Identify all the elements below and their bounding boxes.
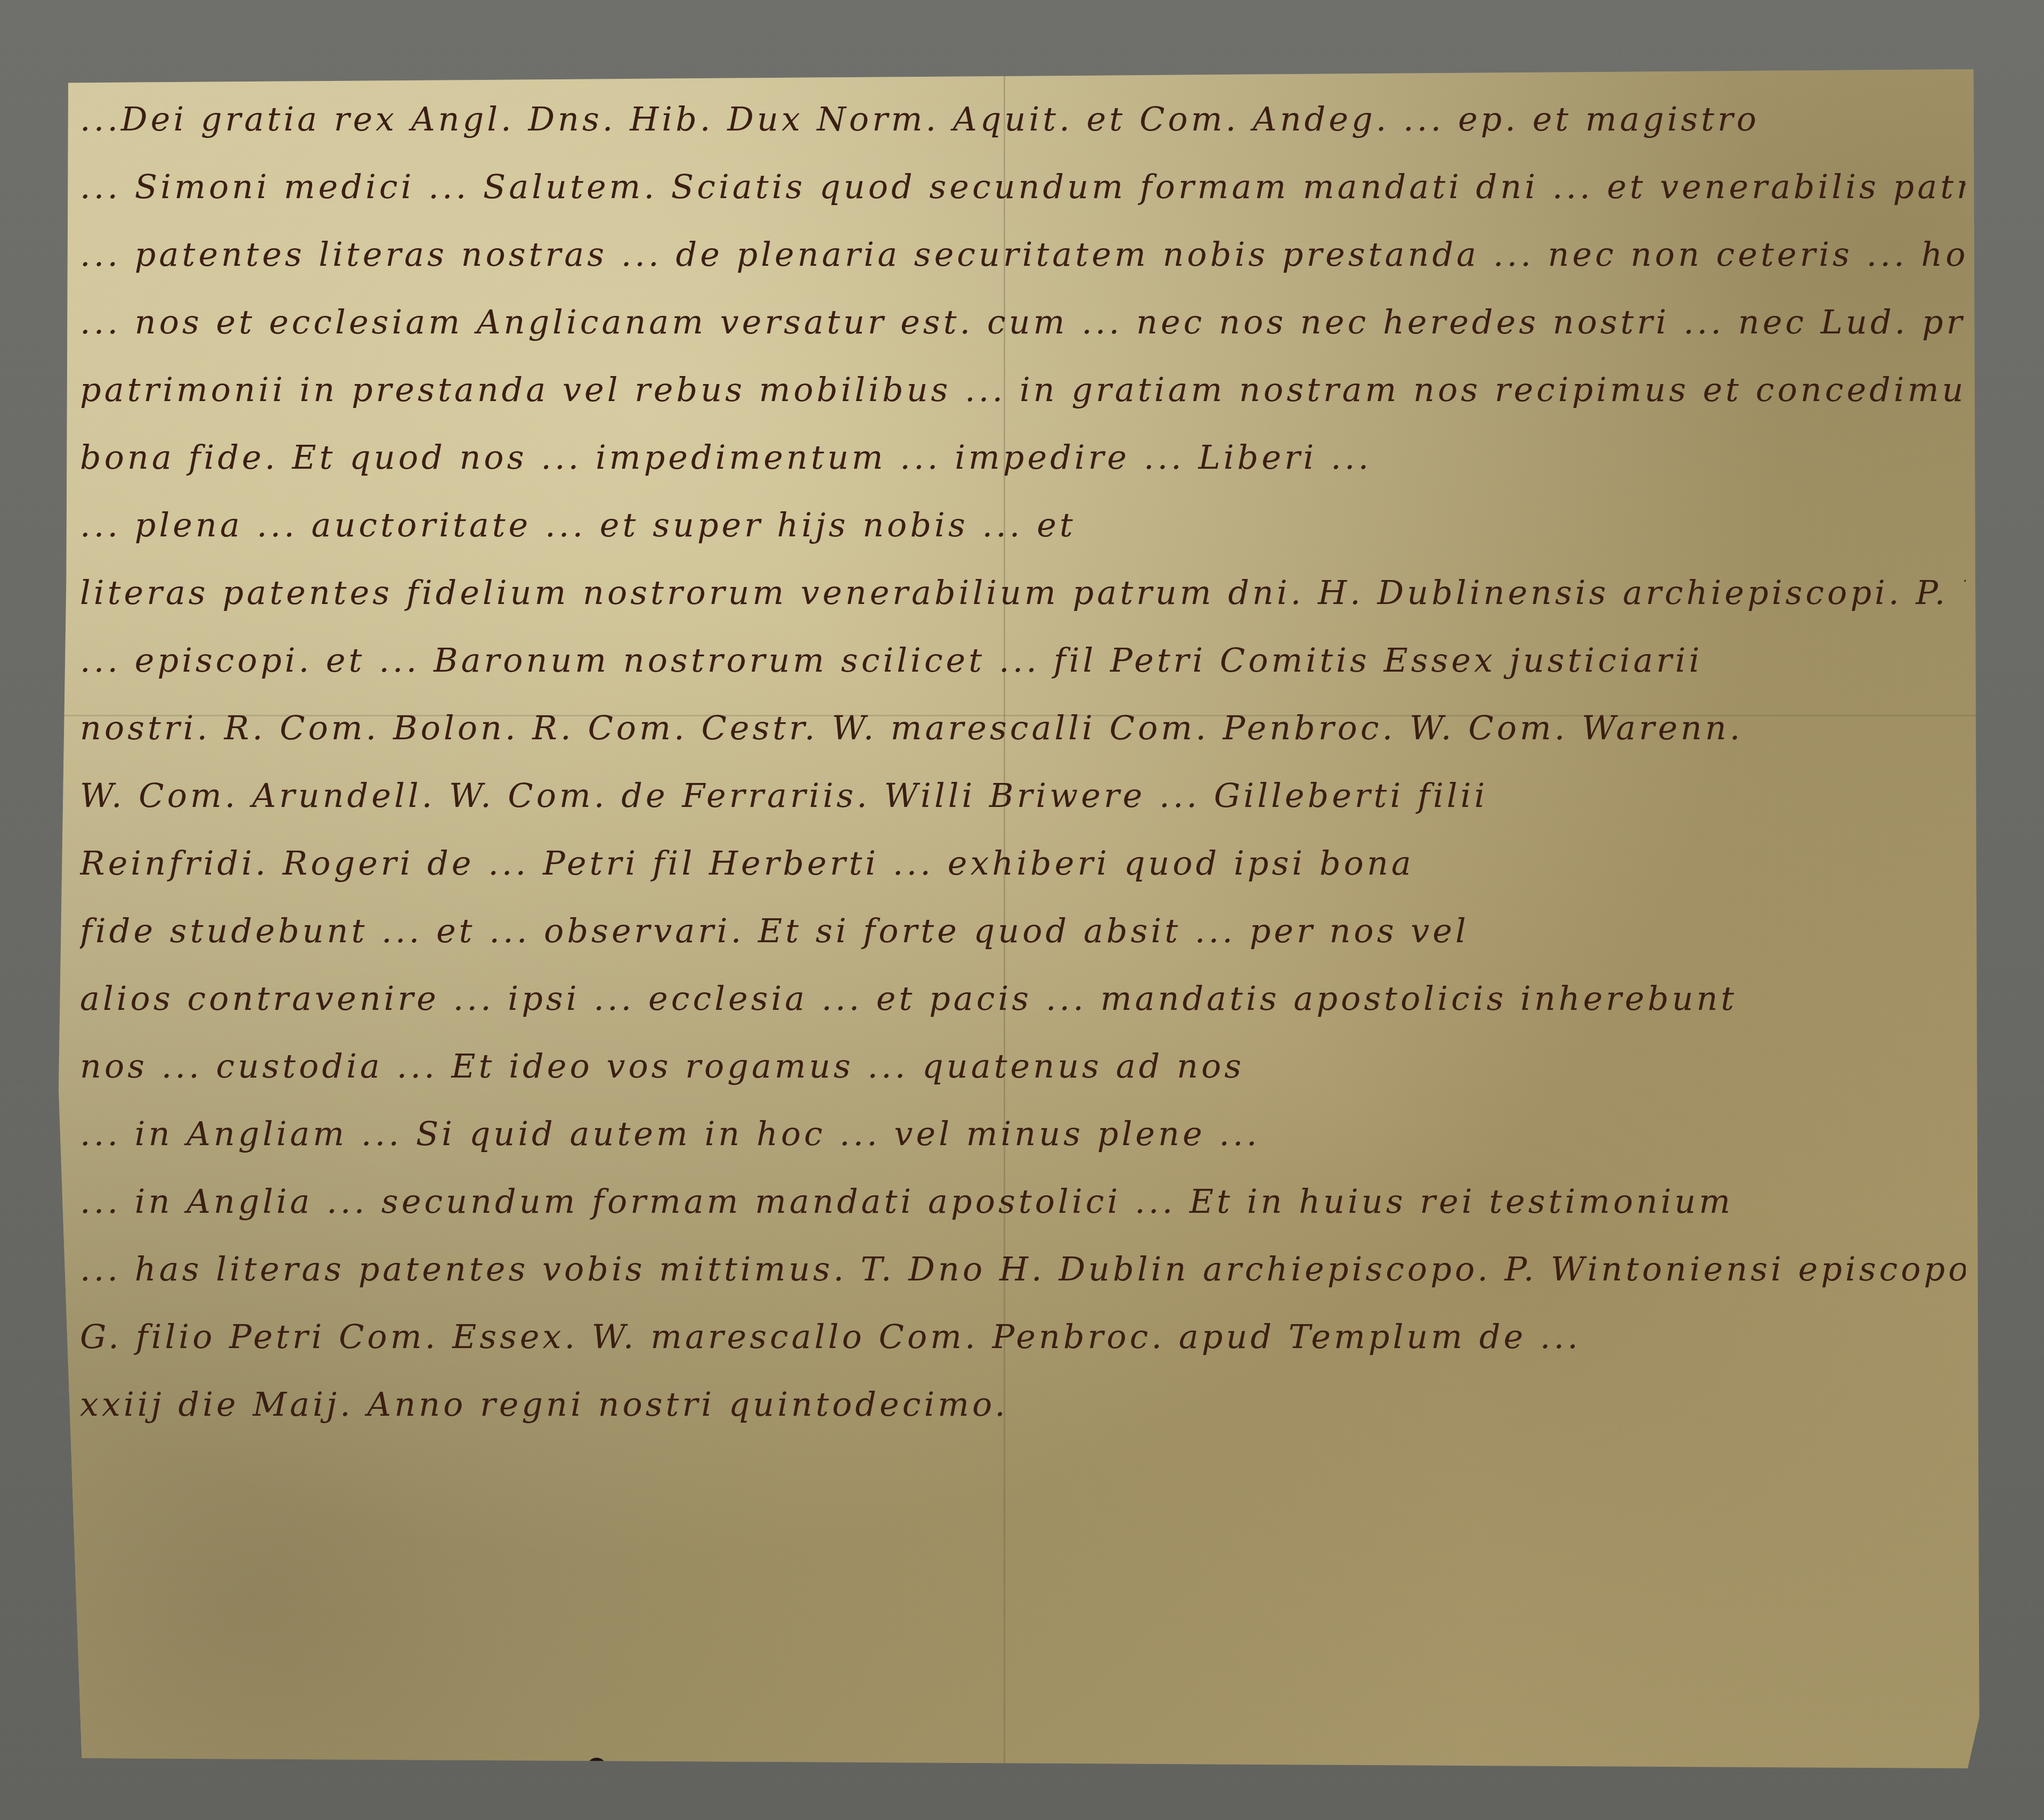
ink-blot: [586, 1758, 607, 1781]
text-line: literas patentes fidelium nostrorum vene…: [80, 559, 1966, 626]
text-line: ...Dei gratia rex Angl. Dns. Hib. Dux No…: [80, 85, 1966, 153]
text-line: xxiij die Maij. Anno regni nostri quinto…: [80, 1370, 1966, 1438]
text-line: nostri. R. Com. Bolon. R. Com. Cestr. W.…: [80, 694, 1966, 762]
text-line: ... episcopi. et ... Baronum nostrorum s…: [80, 626, 1966, 694]
text-line: nos ... custodia ... Et ideo vos rogamus…: [80, 1032, 1966, 1100]
text-line: fide studebunt ... et ... observari. Et …: [80, 897, 1966, 965]
text-line: ... patentes literas nostras ... de plen…: [80, 221, 1966, 288]
text-line: ... nos et ecclesiam Anglicanam versatur…: [80, 288, 1966, 356]
text-line: bona fide. Et quod nos ... impedimentum …: [80, 423, 1966, 491]
parchment-charter: ...Dei gratia rex Angl. Dns. Hib. Dux No…: [59, 69, 1987, 1768]
text-line: alios contravenire ... ipsi ... ecclesia…: [80, 965, 1966, 1032]
text-line: W. Com. Arundell. W. Com. de Ferrariis. …: [80, 762, 1966, 829]
manuscript-text: ...Dei gratia rex Angl. Dns. Hib. Dux No…: [80, 85, 1966, 1438]
text-line: ... Simoni medici ... Salutem. Sciatis q…: [80, 153, 1966, 221]
text-line: Reinfridi. Rogeri de ... Petri fil Herbe…: [80, 829, 1966, 897]
text-line: ... plena ... auctoritate ... et super h…: [80, 491, 1966, 559]
text-line: G. filio Petri Com. Essex. W. marescallo…: [80, 1303, 1966, 1370]
text-line: ... in Angliam ... Si quid autem in hoc …: [80, 1100, 1966, 1168]
text-line: patrimonii in prestanda vel rebus mobili…: [80, 356, 1966, 423]
text-line: ... has literas patentes vobis mittimus.…: [80, 1235, 1966, 1303]
text-line: ... in Anglia ... secundum formam mandat…: [80, 1168, 1966, 1235]
